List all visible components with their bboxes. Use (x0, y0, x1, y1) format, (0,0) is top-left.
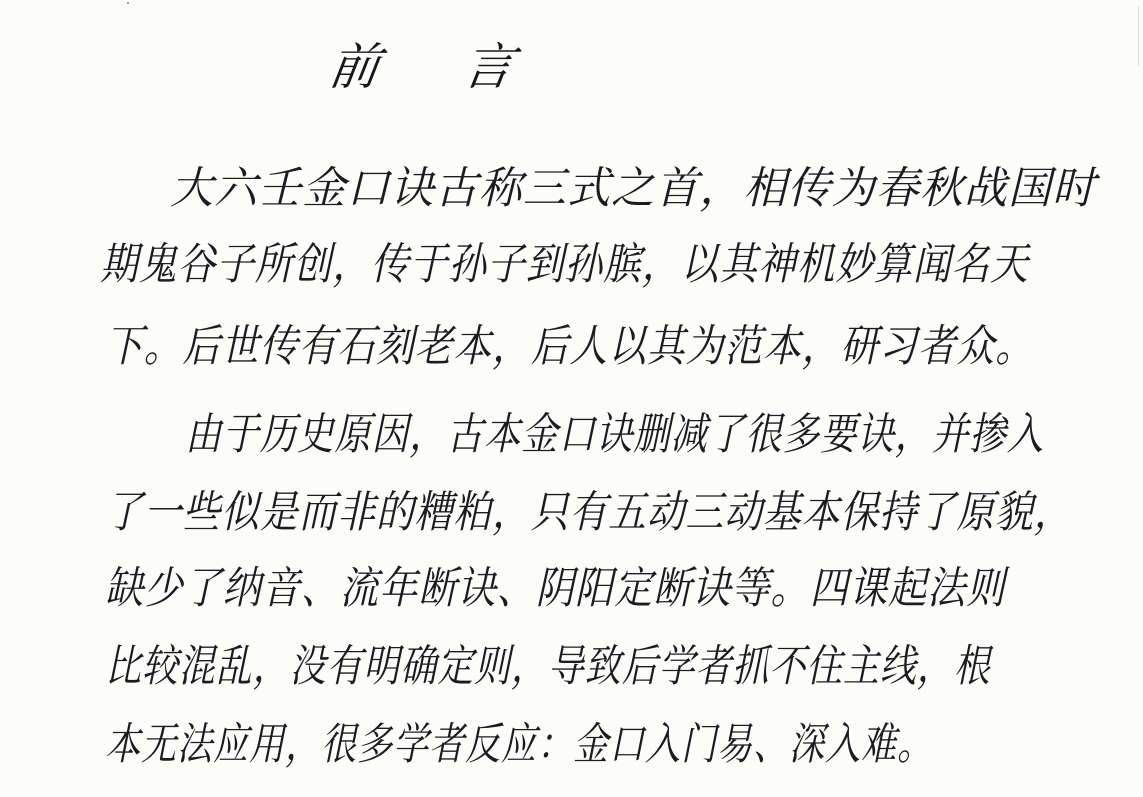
paragraph-2-line-5: 本无法应用，很多学者反应：金口入门易、深入难。 (105, 708, 933, 772)
scan-speck (127, 2, 129, 4)
title-char-1: 前 (325, 27, 389, 99)
paragraph-2-line-2: 了一些似是而非的糟粕，只有五动三动基本保持了原貌， (105, 476, 1073, 540)
paragraph-2-line-1: 由于历史原因，古本金口诀删减了很多要诀，并掺入 (185, 398, 1044, 462)
scanned-handwritten-page: 前 言 大六壬金口诀古称三式之首，相传为春秋战国时 期鬼谷子所创，传于孙子到孙膑… (0, 0, 1143, 797)
paragraph-1-line-2: 期鬼谷子所创，传于孙子到孙膑，以其神机妙算闻名天 (100, 228, 1029, 292)
paragraph-2-line-3: 缺少了纳音、流年断诀、阴阳定断诀等。四课起法则 (105, 552, 1005, 616)
paragraph-2-line-4: 比较混乱，没有明确定则，导致后学者抓不住主线，根 (105, 630, 991, 694)
scan-edge (1138, 6, 1139, 66)
paragraph-1-line-1: 大六壬金口诀古称三式之首，相传为春秋战国时 (170, 152, 1096, 216)
page-title: 前 言 (330, 28, 518, 98)
paragraph-1-line-3: 下。后世传有石刻老本，后人以其为范本，研习者众。 (105, 310, 1034, 374)
title-char-2: 言 (459, 27, 523, 99)
